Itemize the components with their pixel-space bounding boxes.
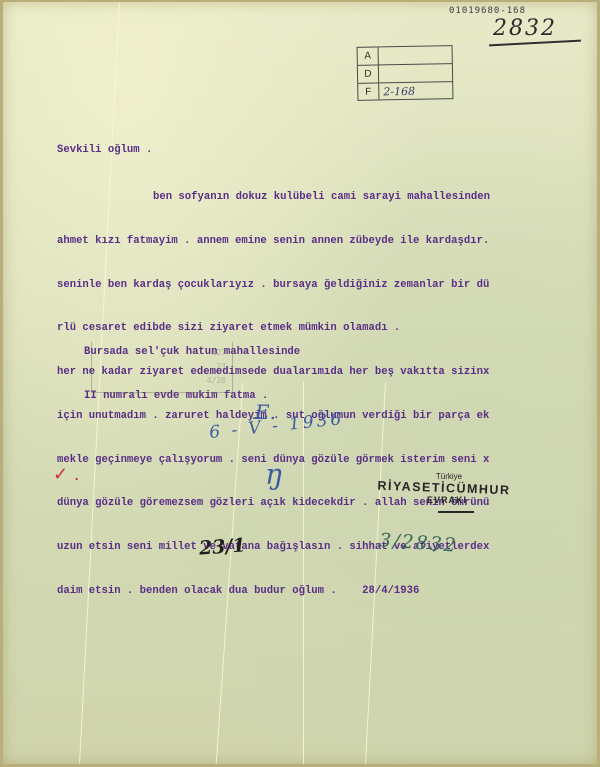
handwritten-number: 2832: [493, 16, 557, 41]
registry-key: D: [358, 65, 379, 82]
registry-row: F 2-168: [358, 82, 452, 101]
registry-key: A: [358, 47, 379, 64]
registry-row: A: [358, 46, 452, 66]
body-line: ahmet kızı fatmayim . annem emine senin …: [57, 234, 577, 249]
registry-row: D: [358, 64, 452, 84]
red-check-mark: ✓ .: [53, 464, 80, 485]
body-line: uzun etsin seni millet ve vatana bağışla…: [57, 540, 577, 555]
faint-stamp-text: 23: [216, 362, 226, 371]
faint-stamp: 127 23 4/20: [91, 342, 233, 393]
registry-key: F: [358, 83, 379, 100]
handwritten-initial: ŋ: [265, 458, 283, 491]
salutation: Sevkili oğlum .: [57, 143, 577, 158]
registry-value: [379, 64, 452, 82]
faint-stamp-text: 4/20: [207, 376, 226, 385]
registry-value: [379, 46, 452, 64]
archive-reference: 01019680-168: [449, 6, 526, 16]
body-line: ben sofyanın dokuz kulübeli cami sarayi …: [57, 190, 577, 205]
faint-stamp-text: 127: [212, 348, 226, 357]
handwritten-number-black: 23/1: [198, 534, 246, 559]
receipt-stamp: Türkiye RİYASETİCÜMHUR EVRAKI: [359, 472, 529, 513]
stamp-rule: [438, 511, 474, 513]
body-line: mekle geçinmeye çalışyorum . seni dünya …: [57, 453, 577, 468]
body-line: seninle ben kardaş çocuklarıyız . bursay…: [57, 278, 577, 293]
registry-value: 2-168: [379, 82, 452, 100]
body-line: daim etsin . benden olacak dua budur oğl…: [57, 584, 577, 599]
registry-stamp: A D F 2-168: [357, 45, 454, 101]
letter-page: 01019680-168 2832 A D F 2-168 Sevkili oğ…: [3, 2, 597, 764]
